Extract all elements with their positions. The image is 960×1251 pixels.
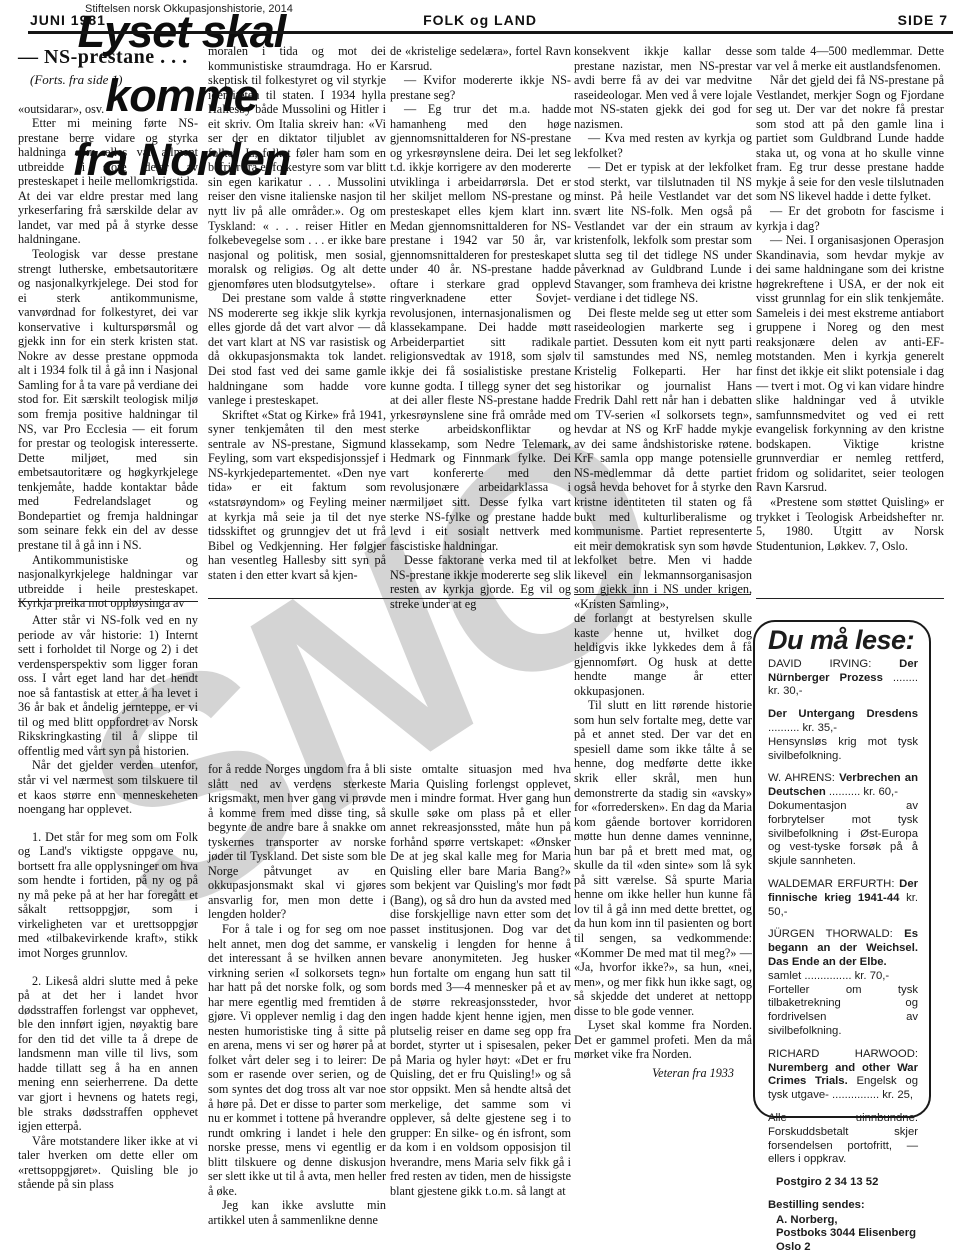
article1-column-2: moralen i tida og mot dei kommunistiske … xyxy=(208,44,386,582)
article1-col1-text: «outsidarar», osv.Etter mi meining førte… xyxy=(18,102,198,611)
article1-column-1: — NS-prestane . . . (Forts. fra side 1) … xyxy=(18,46,198,611)
paragraph: de «kristelige sedelæra», fortel Ravn Ka… xyxy=(390,44,571,73)
order-label: Bestilling sendes: xyxy=(768,1199,918,1213)
paragraph: Dei prestane som valde å støtte NS moder… xyxy=(208,291,386,407)
paragraph: for å redde Norges ungdom fra å bli slåt… xyxy=(208,762,386,922)
section-divider-1 xyxy=(18,601,198,602)
book-price: .......... kr. 60,- xyxy=(829,786,898,798)
book-price: .......... kr. 35,- xyxy=(768,722,837,734)
paragraph: — Nei. I organisasjonen Operasjon Skandi… xyxy=(756,233,944,495)
book-item: WALDEMAR ERFURTH: Der finnische krieg 19… xyxy=(768,878,918,919)
reading-list-title: Du må lese: xyxy=(768,634,918,648)
book-note: Hensynsløs krig mot tysk sivilbefolkning… xyxy=(768,736,918,762)
paragraph: — Eg trur det m.a. hadde hamanheng med d… xyxy=(390,102,571,553)
paragraph: — Det er typisk at der lekfolket stod st… xyxy=(574,160,752,305)
paragraph: Til slutt en litt rørende historie som h… xyxy=(574,698,752,1018)
article1-column-4: konsekvent ikkje kallar desse prestane n… xyxy=(574,44,752,611)
section-divider-2 xyxy=(208,598,570,599)
paragraph: Jeg kan ikke avslutte min artikkel uten … xyxy=(208,1198,386,1227)
book-author: W. AHRENS: xyxy=(768,772,835,784)
essay-column-2: siste omtalte situasjon med hva Maria Qu… xyxy=(390,762,571,1198)
essay-column-3-text: de forlangt at bestyrelsen skulle kaste … xyxy=(574,611,752,1062)
order-address-street: Postboks 3044 Elisenberg xyxy=(776,1227,918,1241)
section-divider-4 xyxy=(756,598,944,599)
paragraph: «Prestene som støttet Quisling» er trykk… xyxy=(756,495,944,553)
postgiro-number: Postgiro 2 34 13 52 xyxy=(776,1176,918,1190)
essay-column-3: de forlangt at bestyrelsen skulle kaste … xyxy=(574,611,752,1081)
order-address-city: Oslo 2 xyxy=(776,1241,918,1251)
shipping-note: Alle uinnbundne. Forskuddsbetalt skjer f… xyxy=(768,1112,918,1167)
paragraph: Skriftet «Stat og Kirke» frå 1941, syner… xyxy=(208,408,386,583)
paragraph: 2. Likeså aldri slutte med å peke på at … xyxy=(18,974,198,1134)
paragraph: Dei fleste melde seg ut etter som raseid… xyxy=(574,306,752,611)
article1-column-3: de «kristelige sedelæra», fortel Ravn Ka… xyxy=(390,44,571,611)
article1-continuation-note: (Forts. fra side 1) xyxy=(18,73,198,88)
paragraph: Lyset skal komme fra Norden. Det er gamm… xyxy=(574,1018,752,1062)
article1-title: — NS-prestane . . . xyxy=(18,46,198,69)
masthead-rule xyxy=(28,31,953,34)
essay-signature: Veteran fra 1933 xyxy=(574,1066,752,1081)
paragraph: Våre motstandere liker ikke at vi taler … xyxy=(18,1134,198,1192)
paragraph: moralen i tida og mot dei kommunistiske … xyxy=(208,44,386,291)
paragraph: konsekvent ikkje kallar desse prestane n… xyxy=(574,44,752,131)
paragraph: Atter står vi NS-folk ved en ny periode … xyxy=(18,613,198,758)
book-item: RICHARD HARWOOD: Nuremberg and other War… xyxy=(768,1048,918,1103)
masthead-page-number: SIDE 7 xyxy=(898,12,948,28)
book-author: DAVID IRVING: xyxy=(768,658,871,670)
paragraph: — Kva med resten av kyrkja og lekfolket? xyxy=(574,131,752,160)
paragraph: som talde 4—500 medlemmar. Dette var vel… xyxy=(756,44,944,73)
book-item: JÜRGEN THORWALD: Es begann an der Weichs… xyxy=(768,928,918,1038)
book-item: W. AHRENS: Verbrechen an Deutschen .....… xyxy=(768,772,918,869)
book-item: DAVID IRVING: Der Nürnberger Prozess ...… xyxy=(768,658,918,699)
paragraph: Når det gjeld dei få NS-prestane på Vest… xyxy=(756,73,944,204)
section-divider-3 xyxy=(574,594,751,595)
paragraph: 1. Det står for meg som om Folk og Land'… xyxy=(18,830,198,961)
book-author: RICHARD HARWOOD: xyxy=(768,1048,918,1060)
paragraph: Etter mi meining førte NS-prestane berre… xyxy=(18,116,198,247)
order-address-name: A. Norberg, xyxy=(776,1214,918,1228)
editorial-column: Atter står vi NS-folk ved en ny periode … xyxy=(18,613,198,1192)
article1-column-5: som talde 4—500 medlemmar. Dette var vel… xyxy=(756,44,944,553)
masthead-title: FOLK og LAND xyxy=(0,12,960,28)
paragraph: siste omtalte situasjon med hva Maria Qu… xyxy=(390,762,571,1198)
newspaper-page: SNO Stiftelsen norsk Okkupasjonshistorie… xyxy=(0,0,960,1251)
reading-list-box: Du må lese: DAVID IRVING: Der Nürnberger… xyxy=(753,620,931,1118)
paragraph: «outsidarar», osv. xyxy=(18,102,198,117)
book-author: JÜRGEN THORWALD: xyxy=(768,928,893,940)
paragraph: Desse faktorane verka med til at NS-pres… xyxy=(390,553,571,611)
book-title: Der Untergang Dresdens xyxy=(768,708,918,720)
essay-column-1: for å redde Norges ungdom fra å bli slåt… xyxy=(208,762,386,1228)
paragraph: Når det gjelder verden utenfor, står vi … xyxy=(18,758,198,816)
book-item: Der Untergang Dresdens .......... kr. 35… xyxy=(768,708,918,763)
paragraph: de forlangt at bestyrelsen skulle kaste … xyxy=(574,611,752,698)
paragraph: — Er det grobotn for fascisme i kyrkja i… xyxy=(756,204,944,233)
book-note: Forteller om tysk tilbaketrekning og for… xyxy=(768,984,918,1037)
book-price: samlet ............... kr. 70,- xyxy=(768,970,889,982)
paragraph: — Kvifor modererte ikkje NS-prestane seg… xyxy=(390,73,571,102)
paragraph: For å tale i og for seg om noe helt anne… xyxy=(208,922,386,1198)
paragraph: Teologisk var desse prestane strengt lut… xyxy=(18,247,198,552)
book-author: WALDEMAR ERFURTH: xyxy=(768,878,894,890)
book-note: Dokumentasjon av forbrytelser mot tysk s… xyxy=(768,800,918,867)
